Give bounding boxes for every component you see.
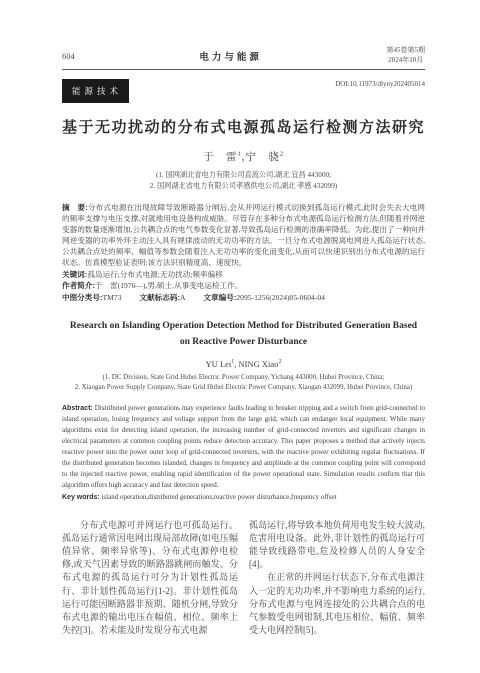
- article-id-label: 文章编号:: [203, 293, 236, 302]
- affiliation-cn-2: 2. 国网湖北省电力有限公司孝感供电公司,湖北 孝感 432099): [62, 181, 425, 192]
- authors-en: YU Lei1, NING Xiao2: [62, 359, 425, 369]
- keywords-label-cn: 关键词:: [62, 270, 87, 279]
- body-paragraph-2: 在正常的并网运行状态下,分布式电源注入一定的无功功率,并不影响电力系统的运行,分…: [249, 571, 425, 637]
- authors-cn: 于 雷1,宁 骁2: [62, 149, 425, 164]
- page-number: 604: [62, 51, 75, 61]
- affiliations-cn: (1. 国网湖北省电力有限公司直流公司,湖北 宜昌 443000; 2. 国网湖…: [62, 170, 425, 191]
- clc-label: 中图分类号:: [62, 293, 103, 302]
- author-sup-2: 2: [280, 151, 284, 158]
- doc-code-value: A: [180, 293, 185, 302]
- issue-info: 第45卷第5期 2024年10月: [386, 46, 425, 65]
- author-name-2: ,宁 骁: [242, 152, 280, 163]
- journal-page: 604 电力与能源 第45卷第5期 2024年10月 能源技术 DOI:10.1…: [0, 0, 480, 673]
- badge-row: 能源技术 DOI:10.11973/dlyny202405014: [62, 79, 425, 103]
- header-rule: [62, 69, 425, 70]
- doi-text: DOI:10.11973/dlyny202405014: [335, 80, 425, 88]
- abstract-cn: 摘 要:分布式电源在出现故障导致断路器分闸后,会从并网运行模式切换到孤岛运行模式…: [62, 202, 425, 268]
- body-paragraph-1-cont: 孤岛运行,将导致本地负荷用电发生较大波动,危害用电设备。此外,非计划性的孤岛运行…: [249, 519, 425, 572]
- keywords-text-cn: 孤岛运行;分布式电源;无功扰动;频率偏移: [87, 270, 222, 279]
- abstract-label-cn: 摘 要:: [62, 203, 88, 212]
- body-column-right: 孤岛运行,将导致本地负荷用电发生较大波动,危害用电设备。此外,非计划性的孤岛运行…: [249, 519, 425, 638]
- author-en-sup-2: 2: [278, 359, 281, 365]
- issue-volume: 第45卷第5期: [386, 46, 425, 56]
- keywords-en: Key words: island operation,distributed …: [62, 492, 425, 503]
- affiliations-en: (1. DC Division, State Grid Hubei Electr…: [62, 373, 425, 393]
- author-bio: 作者简介:于 雷(1976—),男,硕士,从事变电运检工作。: [62, 280, 425, 291]
- keywords-cn: 关键词:孤岛运行;分布式电源;无功扰动;频率偏移: [62, 269, 425, 280]
- journal-title: 电力与能源: [199, 49, 262, 63]
- issue-date: 2024年10月: [386, 56, 425, 66]
- article-id-value: 2095-1256(2024)05-0604-04: [236, 293, 325, 302]
- keywords-text-en: island operation,distributed generations…: [101, 493, 336, 501]
- affiliation-en-2: 2. Xiaogan Power Supply Company, State G…: [62, 383, 425, 393]
- section-badge: 能源技术: [62, 79, 129, 103]
- classification-row: 中图分类号:TM73文献标志码:A文章编号:2095-1256(2024)05-…: [62, 292, 425, 303]
- clc-value: TM73: [103, 293, 122, 302]
- author-en-1: YU Lei: [206, 359, 232, 369]
- author-en-2: , NING Xiao: [234, 359, 278, 369]
- article-title-cn: 基于无功扰动的分布式电源孤岛运行检测方法研究: [62, 116, 425, 137]
- keywords-label-en: Key words:: [62, 494, 100, 501]
- body-columns: 分布式电源可并网运行也可孤岛运行。孤岛运行通常因电网出现局部故障(如电压幅值异常…: [62, 519, 425, 638]
- doc-code-label: 文献标志码:: [139, 293, 180, 302]
- body-column-left: 分布式电源可并网运行也可孤岛运行。孤岛运行通常因电网出现局部故障(如电压幅值异常…: [62, 519, 238, 638]
- affiliation-en-1: (1. DC Division, State Grid Hubei Electr…: [62, 373, 425, 383]
- abstract-en: Abstract: Distributed power generations …: [62, 403, 425, 491]
- author-name-1: 于 雷: [203, 152, 238, 163]
- page-header: 604 电力与能源 第45卷第5期 2024年10月: [62, 46, 425, 65]
- meta-block-cn: 摘 要:分布式电源在出现故障导致断路器分闸后,会从并网运行模式切换到孤岛运行模式…: [62, 202, 425, 303]
- affiliation-cn-1: (1. 国网湖北省电力有限公司直流公司,湖北 宜昌 443000;: [62, 170, 425, 181]
- abstract-text-en: Distributed power generations may experi…: [62, 404, 425, 489]
- author-bio-text: 于 雷(1976—),男,硕士,从事变电运检工作。: [95, 281, 242, 290]
- body-paragraph-1: 分布式电源可并网运行也可孤岛运行。孤岛运行通常因电网出现局部故障(如电压幅值异常…: [62, 519, 238, 638]
- abstract-label-en: Abstract:: [62, 405, 93, 412]
- author-bio-label: 作者简介:: [62, 281, 95, 290]
- article-title-en: Research on Islanding Operation Detectio…: [68, 318, 420, 350]
- abstract-text-cn: 分布式电源在出现故障导致断路器分闸后,会从并网运行模式切换到孤岛运行模式,此时会…: [62, 203, 425, 267]
